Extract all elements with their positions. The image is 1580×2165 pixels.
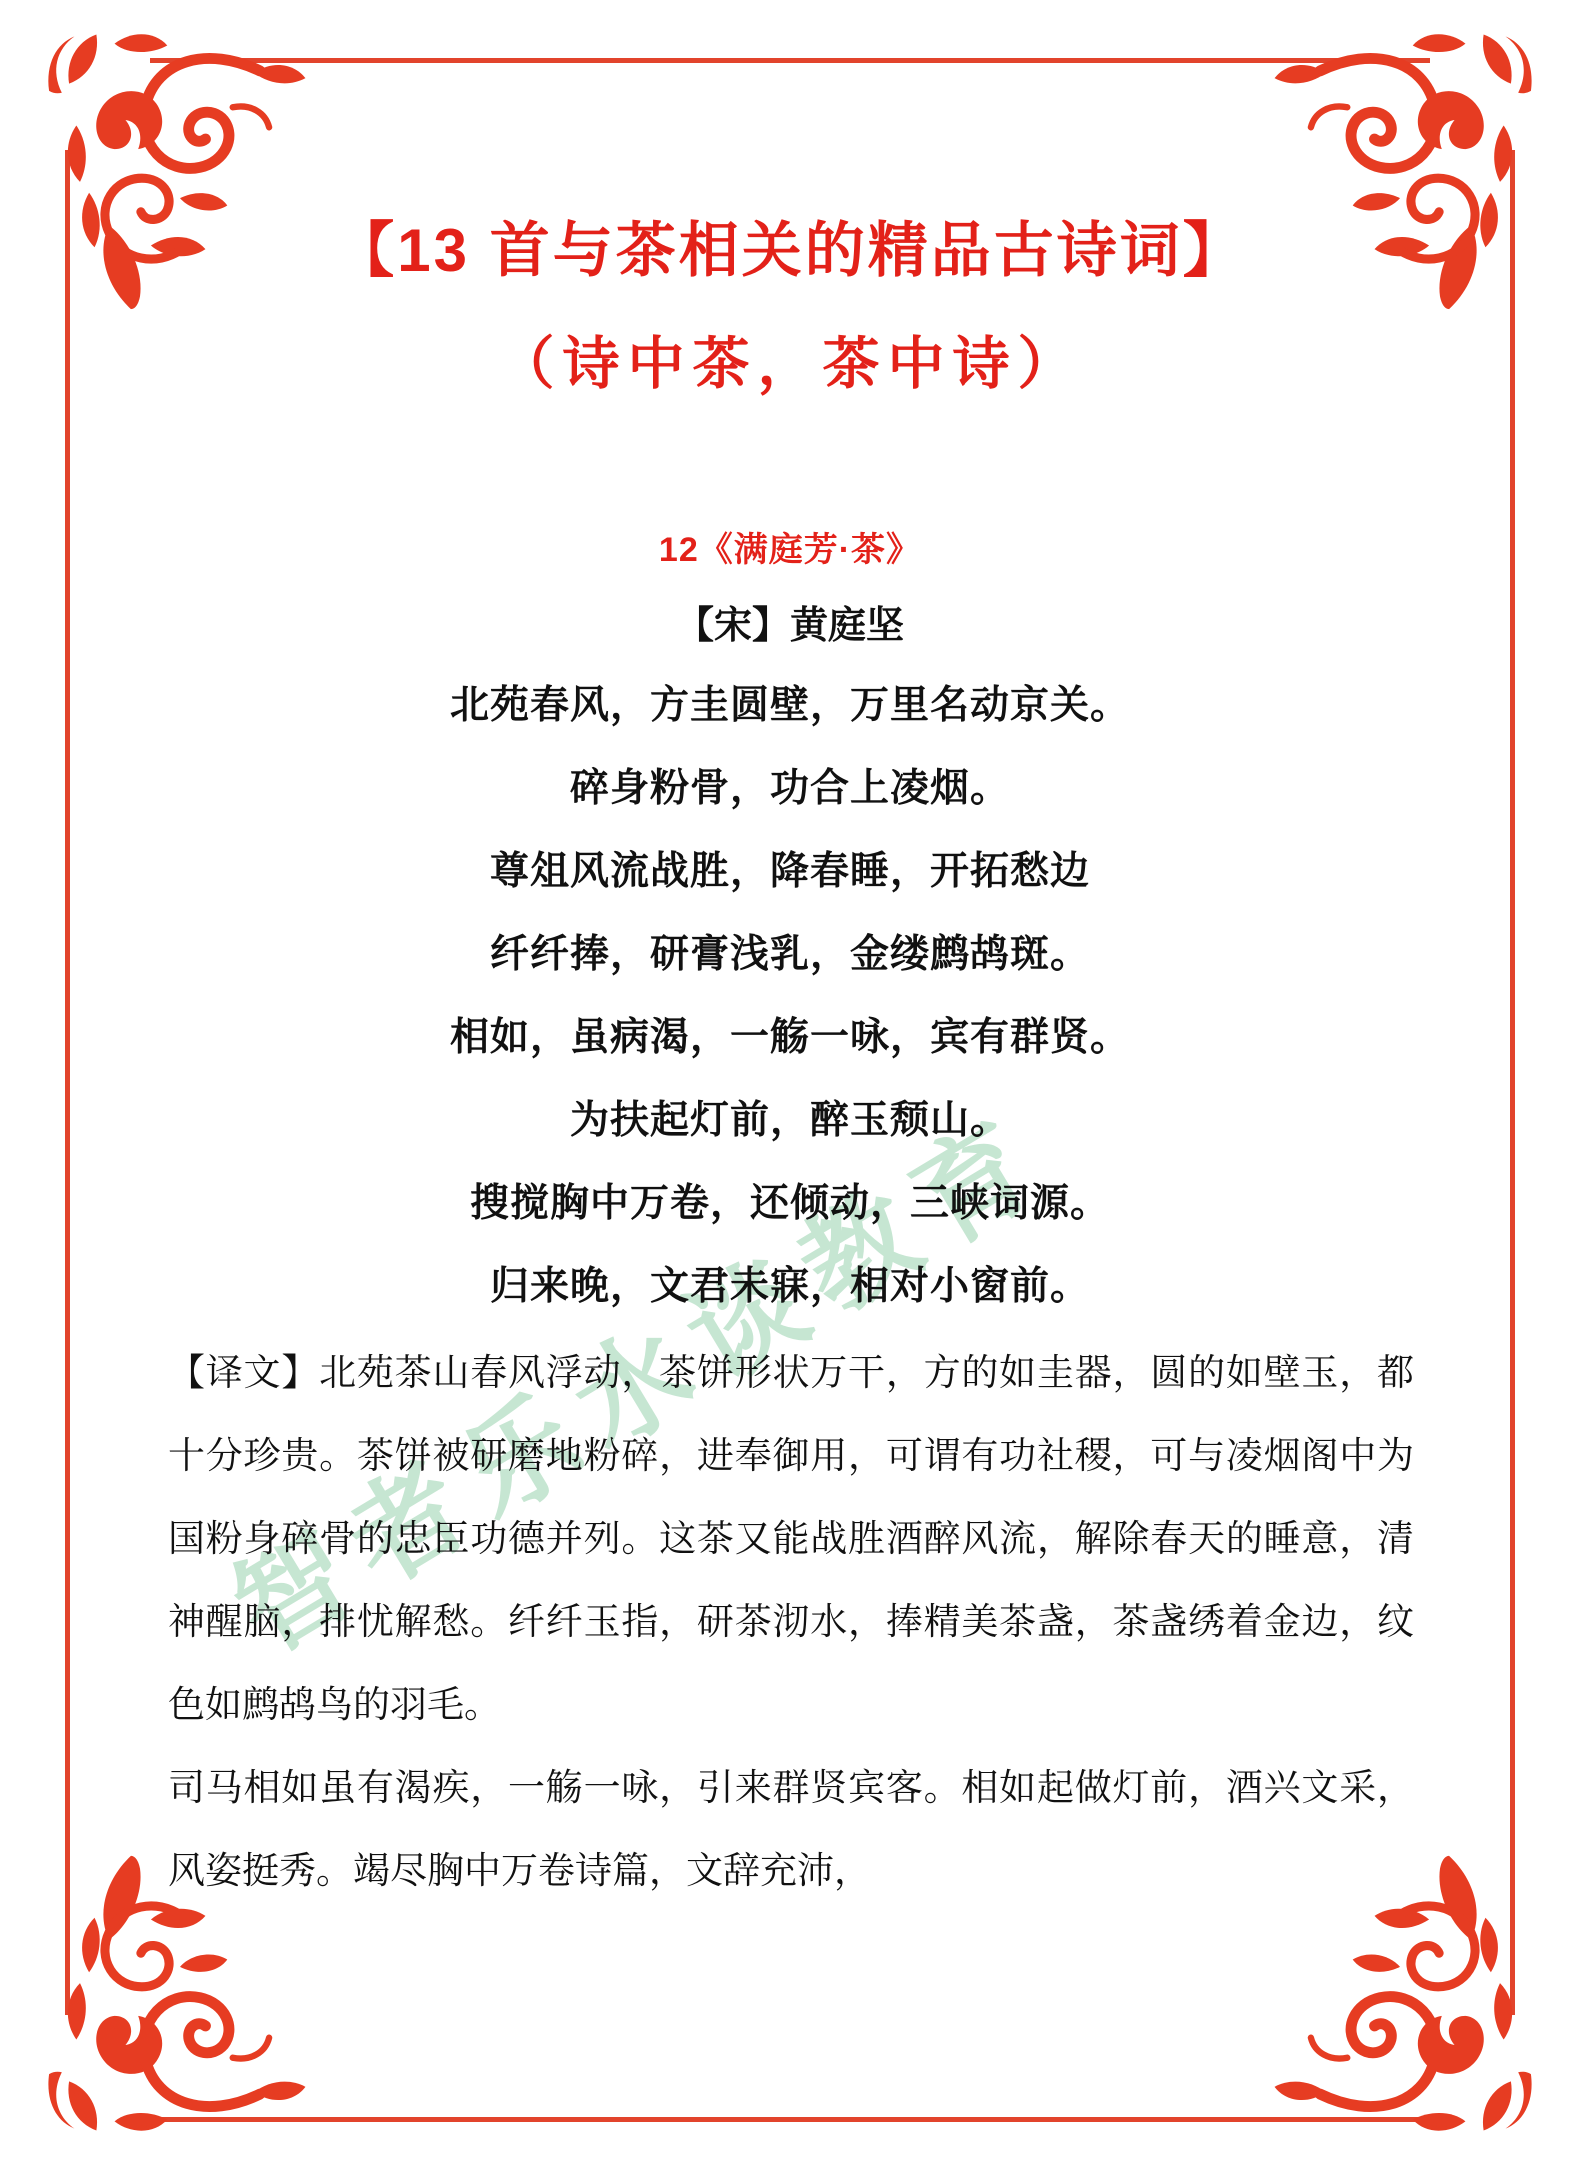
poem-line: 归来晚，文君未寐，相对小窗前。: [0, 1245, 1580, 1328]
poem-line: 相如，虽病渴，一觞一咏，宾有群贤。: [0, 996, 1580, 1079]
poem-body: 北苑春风，方圭圆壁，万里名动京关。 碎身粉骨，功合上凌烟。 尊俎风流战胜，降春睡…: [0, 664, 1580, 1328]
translation-paragraph: 司马相如虽有渴疾，一觞一咏，引来群贤宾客。相如起做灯前，酒兴文采，风姿挺秀。竭尽…: [168, 1747, 1414, 1913]
translation-paragraph: 【译文】北苑茶山春风浮动，茶饼形状万干，方的如圭器，圆的如壁玉，都十分珍贵。茶饼…: [168, 1332, 1414, 1747]
translation-section: 【译文】北苑茶山春风浮动，茶饼形状万干，方的如圭器，圆的如壁玉，都十分珍贵。茶饼…: [168, 1332, 1414, 1913]
border-line-top: [150, 58, 1430, 63]
page-subtitle: （诗中茶，茶中诗）: [0, 318, 1580, 400]
poem-line: 尊俎风流战胜，降春睡，开拓愁边: [0, 830, 1580, 913]
poem-section-title: 12《满庭芳·茶》: [0, 522, 1580, 571]
border-line-bottom: [150, 2117, 1430, 2122]
poem-author: 【宋】黄庭坚: [0, 594, 1580, 649]
poem-line: 碎身粉骨，功合上凌烟。: [0, 747, 1580, 830]
poem-line: 纤纤捧，研膏浅乳，金缕鹧鸪斑。: [0, 913, 1580, 996]
page-title: 【13 首与茶相关的精品古诗词】: [0, 203, 1580, 289]
document-page: 智者乐水谈教育 【13 首与茶相关的精品古诗词】 （诗中茶，茶中诗） 12《满庭…: [0, 0, 1580, 2165]
poem-line: 搜搅胸中万卷，还倾动，三峡词源。: [0, 1162, 1580, 1245]
poem-line: 北苑春风，方圭圆壁，万里名动京关。: [0, 664, 1580, 747]
poem-line: 为扶起灯前，醉玉颓山。: [0, 1079, 1580, 1162]
